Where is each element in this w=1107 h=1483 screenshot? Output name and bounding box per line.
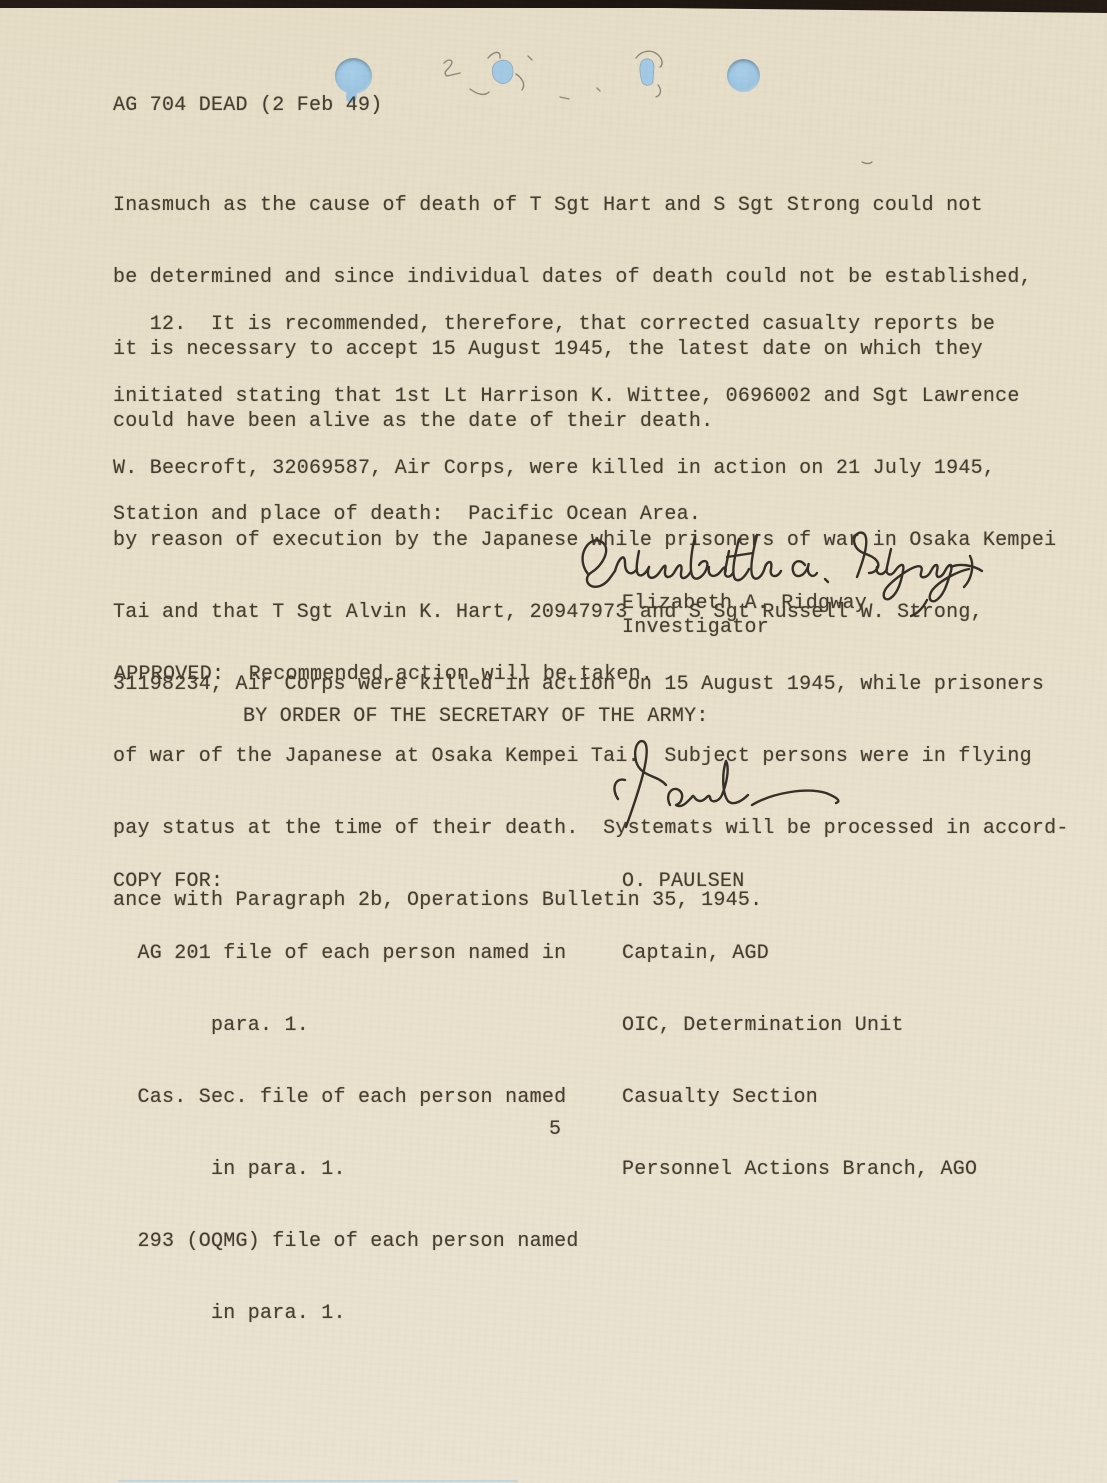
officer-line: Captain, AGD	[622, 942, 977, 966]
by-order-line: BY ORDER OF THE SECRETARY OF THE ARMY:	[243, 705, 709, 729]
copy-for-block: COPY FOR: AG 201 file of each person nam…	[113, 822, 579, 1374]
page-number: 5	[549, 1118, 561, 1142]
scanned-document-page: AG 704 DEAD (2 Feb 49) Inasmuch as the c…	[0, 0, 1107, 1483]
officer-line: OIC, Determination Unit	[622, 1014, 977, 1038]
investigator-title: Investigator	[622, 616, 769, 640]
copy-for-line: COPY FOR:	[113, 870, 579, 894]
station-of-death-line: Station and place of death: Pacific Ocea…	[113, 503, 701, 527]
para12-line: W. Beecroft, 32069587, Air Corps, were k…	[113, 457, 1069, 481]
investigator-typed-name: Elizabeth A. Ridgway	[622, 592, 867, 616]
punch-hole-left	[335, 58, 372, 94]
punch-hole-right	[727, 59, 760, 92]
para12-line: initiated stating that 1st Lt Harrison K…	[113, 385, 1069, 409]
copy-for-line: para. 1.	[113, 1014, 579, 1038]
para12-line: of war of the Japanese at Osaka Kempei T…	[113, 745, 1069, 769]
officer-block: O. PAULSEN Captain, AGD OIC, Determinati…	[622, 822, 977, 1230]
approved-line: APPROVED: Recommended action will be tak…	[114, 663, 653, 687]
copy-for-line: in para. 1.	[113, 1302, 579, 1326]
copy-for-line: 293 (OQMG) file of each person named	[113, 1230, 579, 1254]
officer-typed-name: O. PAULSEN	[622, 870, 977, 894]
intro-line: Inasmuch as the cause of death of T Sgt …	[113, 194, 1032, 218]
document-reference: AG 704 DEAD (2 Feb 49)	[113, 94, 383, 118]
para12-line: 12. It is recommended, therefore, that c…	[113, 313, 1069, 337]
scan-artifact-line	[118, 1480, 518, 1482]
scan-edge	[0, 0, 1107, 14]
officer-line: Casualty Section	[622, 1086, 977, 1110]
copy-for-line: in para. 1.	[113, 1158, 579, 1182]
copy-for-line: Cas. Sec. file of each person named	[113, 1086, 579, 1110]
copy-for-line: AG 201 file of each person named in	[113, 942, 579, 966]
officer-line: Personnel Actions Branch, AGO	[622, 1158, 977, 1182]
